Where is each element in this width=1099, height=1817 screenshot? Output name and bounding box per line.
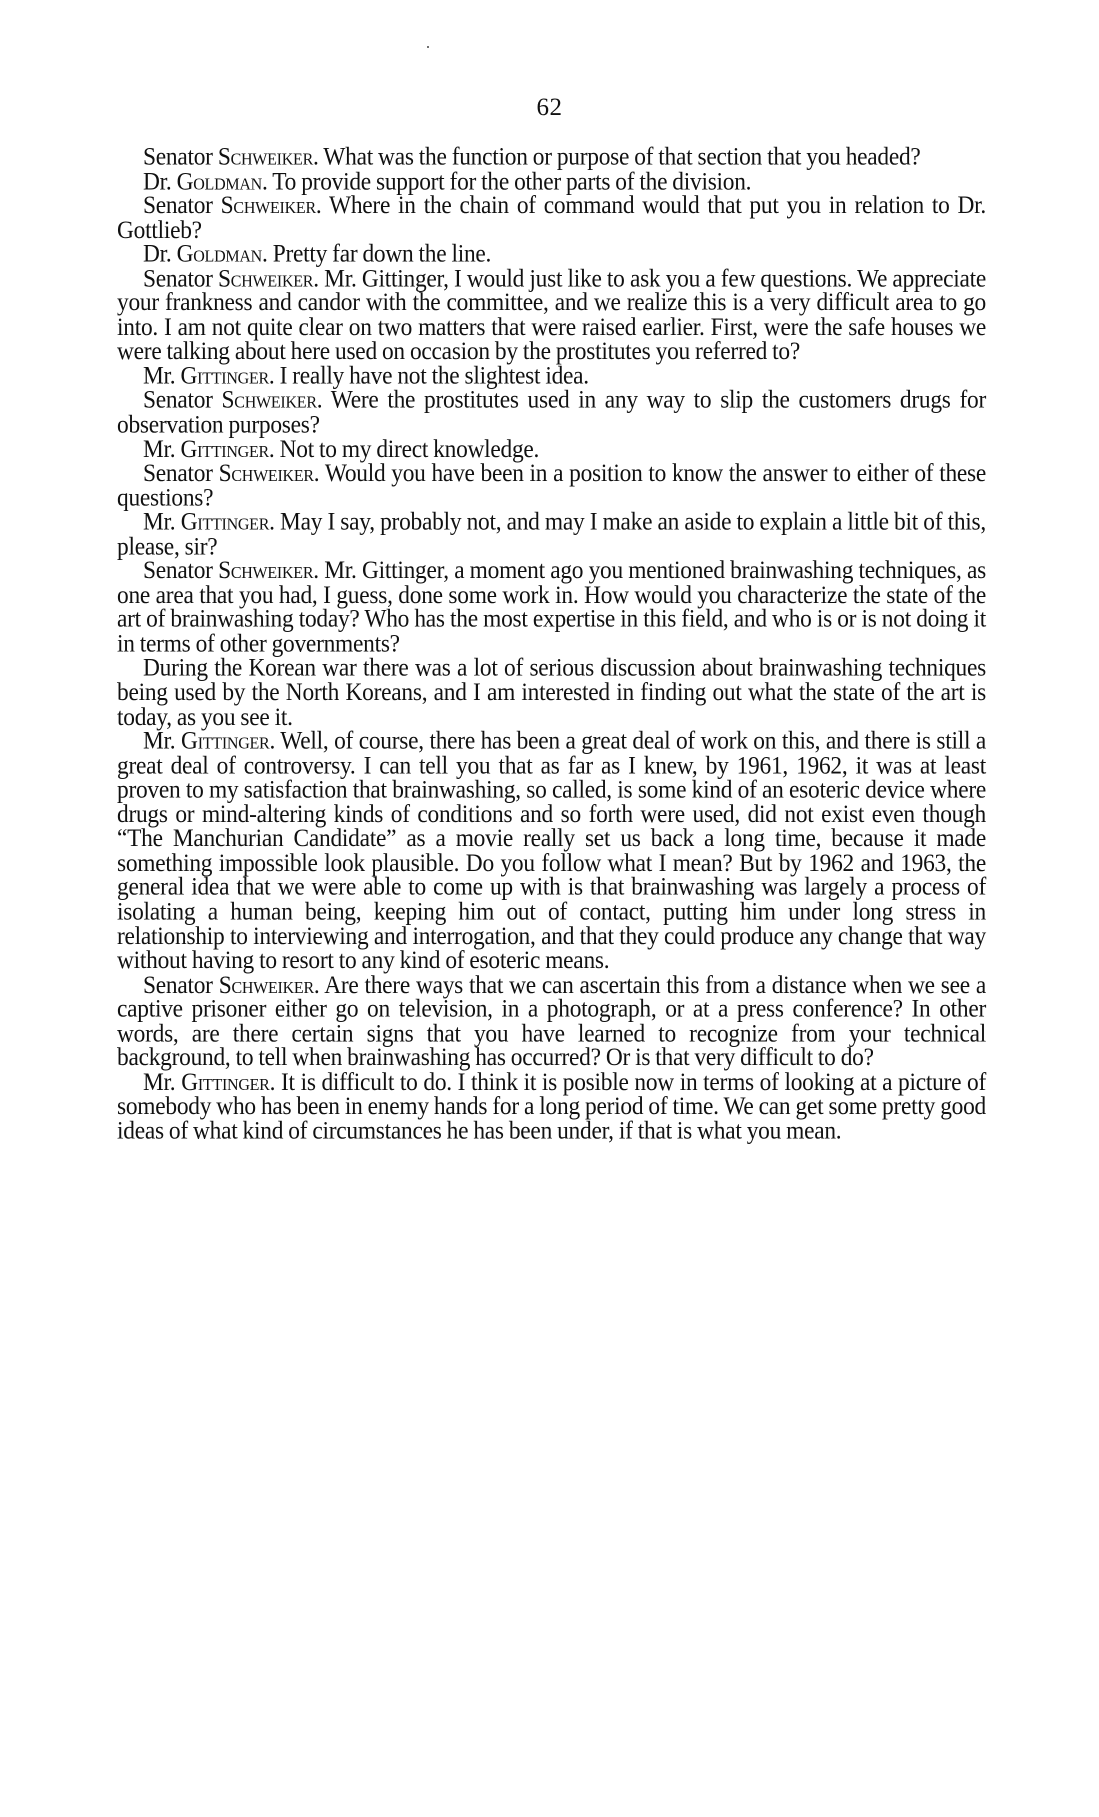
transcript-paragraph: Senator Schweiker. Are there ways that w…: [117, 973, 986, 1070]
transcript-paragraph: Mr. Gittinger. I really have not the sli…: [117, 364, 986, 388]
transcript-paragraph: Dr. Goldman. Pretty far down the line.: [117, 242, 986, 266]
transcript-paragraph: Mr. Gittinger. Well, of course, there ha…: [117, 729, 986, 973]
speaker-name: Schweiker.: [221, 192, 322, 220]
transcript-paragraph: Senator Schweiker. Mr. Gittinger, a mome…: [117, 559, 986, 656]
transcript-paragraph: Mr. Gittinger. Not to my direct knowledg…: [117, 437, 986, 461]
speaker-name: Schweiker.: [219, 459, 320, 487]
transcript-paragraph: Dr. Goldman. To provide support for the …: [117, 169, 986, 193]
page-number: 62: [0, 94, 1099, 122]
transcript-paragraph: Senator Schweiker. What was the function…: [117, 145, 986, 169]
transcript-body: Senator Schweiker. What was the function…: [117, 145, 986, 1143]
transcript-paragraph: Senator Schweiker. Where in the chain of…: [117, 194, 986, 243]
transcript-paragraph: Senator Schweiker. Mr. Gittinger, I woul…: [117, 267, 986, 364]
transcript-paragraph: Senator Schweiker. Were the prostitutes …: [117, 389, 986, 438]
scan-artifact-dot: [427, 46, 429, 48]
transcript-paragraph: Mr. Gittinger. May I say, probably not, …: [117, 510, 986, 559]
transcript-paragraph: Senator Schweiker. Would you have been i…: [117, 462, 986, 511]
paragraph-text: During the Korean war there was a lot of…: [117, 654, 986, 731]
transcript-paragraph: During the Korean war there was a lot of…: [117, 656, 986, 729]
paragraph-text: Well, of course, there has been a great …: [117, 727, 986, 974]
transcript-paragraph: Mr. Gittinger. It is difficult to do. I …: [117, 1070, 986, 1143]
